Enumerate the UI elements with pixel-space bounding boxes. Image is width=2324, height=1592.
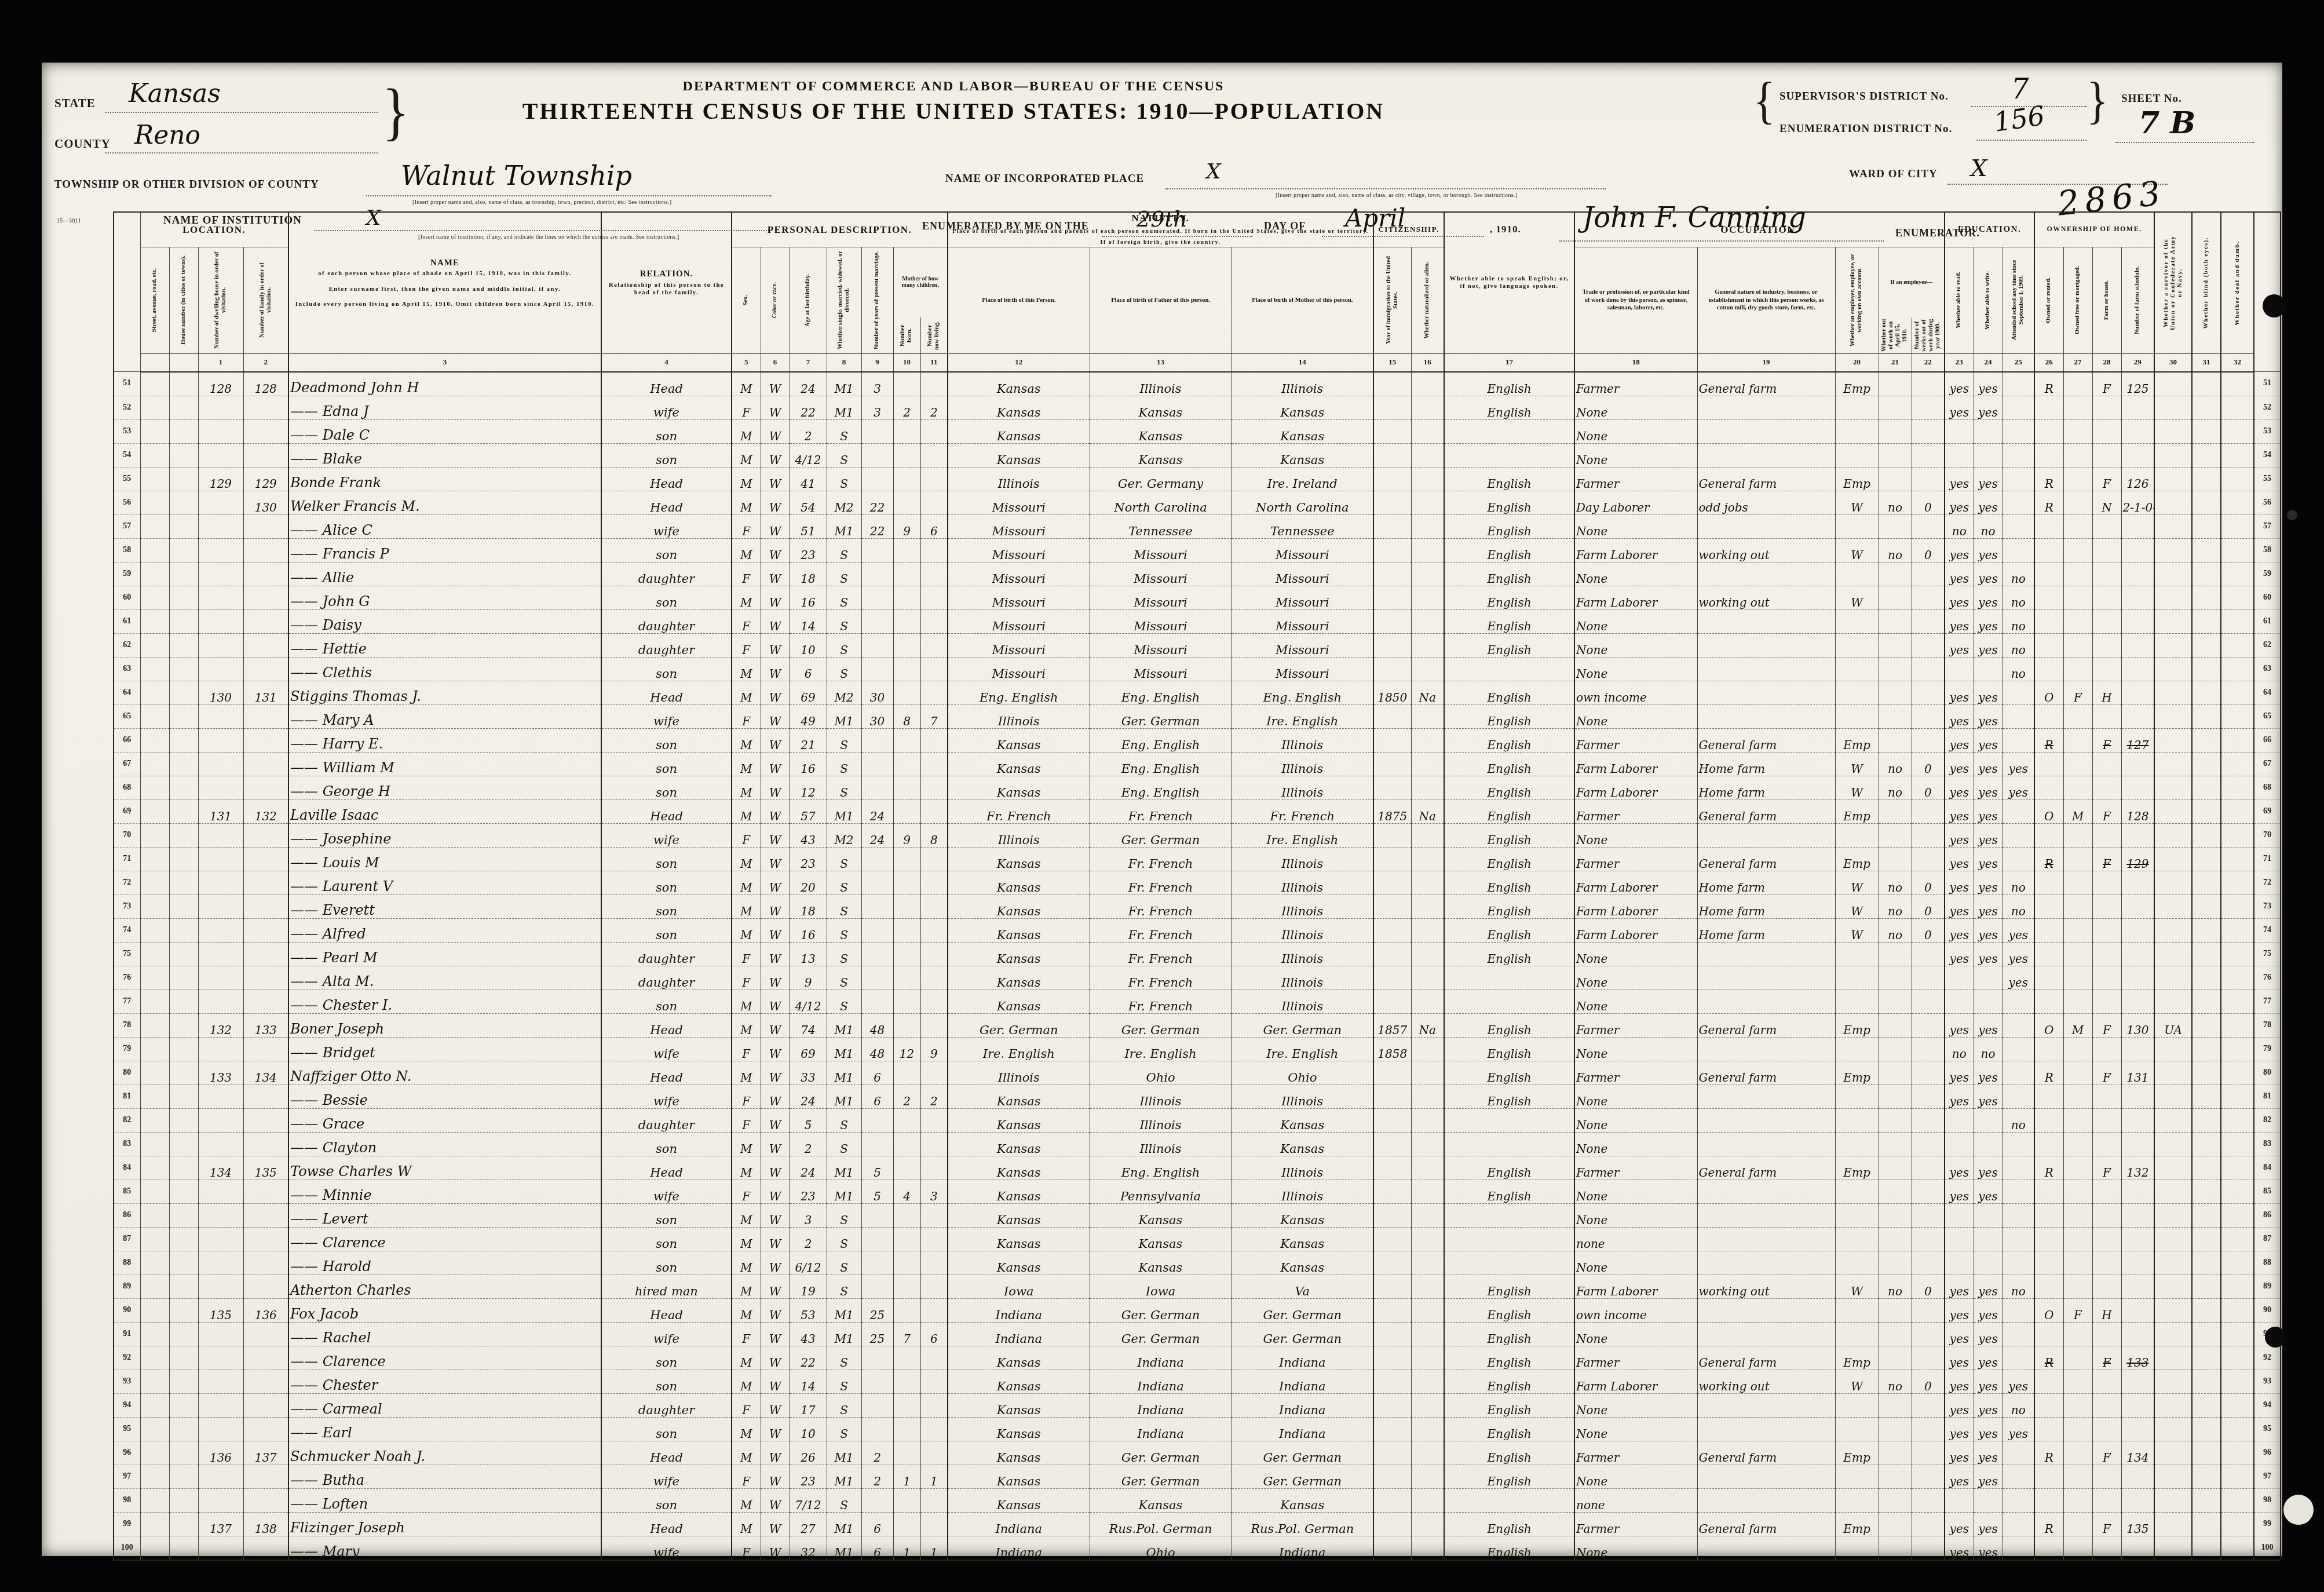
- cell-st: [140, 1441, 169, 1465]
- cell-sc: [2003, 372, 2034, 396]
- cell-p2: Ger. German: [1090, 1322, 1232, 1346]
- cell-ms: M1: [827, 799, 861, 823]
- cell-in: General farm: [1697, 1013, 1835, 1037]
- cell-d: [198, 776, 243, 799]
- cell-ag: 41: [790, 467, 827, 491]
- cell-p2: Fr. French: [1090, 847, 1232, 871]
- cell-nm: —— Allie: [288, 562, 601, 586]
- cell-st: [140, 419, 169, 443]
- cell-rl: Head: [601, 467, 732, 491]
- cell-im: [1373, 1298, 1411, 1322]
- cell-em: [1835, 1393, 1879, 1417]
- cell-ym: [861, 966, 893, 989]
- cell-dd: [2221, 419, 2254, 443]
- row-number-left: 66: [114, 728, 140, 752]
- cell-ym: [861, 1370, 893, 1393]
- cell-oc: Farmer: [1574, 1156, 1697, 1180]
- cell-wk: [1912, 514, 1945, 538]
- cell-sx: M: [732, 1346, 761, 1370]
- cell-cb: [893, 1512, 920, 1536]
- cell-rd: yes: [1945, 562, 1974, 586]
- cell-cb: 1: [893, 1465, 920, 1488]
- cell-st: [140, 966, 169, 989]
- cell-oc: Farmer: [1574, 372, 1697, 396]
- cell-om: [2063, 942, 2092, 966]
- cell-cr: W: [761, 1108, 790, 1132]
- cell-lg: [1444, 1227, 1574, 1251]
- cell-wk: [1912, 1203, 1945, 1227]
- cell-st: [140, 989, 169, 1013]
- cell-ow: [1879, 1037, 1912, 1061]
- row-number-right: 80: [2254, 1061, 2281, 1085]
- cell-lg: [1444, 419, 1574, 443]
- cell-p1: Kansas: [948, 1085, 1090, 1108]
- cell-rd: [1945, 1227, 1974, 1251]
- cell-ag: 74: [790, 1013, 827, 1037]
- cell-wr: yes: [1974, 918, 2003, 942]
- cell-in: Home farm: [1697, 752, 1835, 776]
- cell-bd: [2192, 1037, 2221, 1061]
- cell-vt: [2154, 942, 2192, 966]
- cell-lg: English: [1444, 704, 1574, 728]
- cell-ow: [1879, 681, 1912, 704]
- cell-p2: Indiana: [1090, 1370, 1232, 1393]
- cell-vt: [2154, 966, 2192, 989]
- cell-wk: [1912, 1013, 1945, 1037]
- cell-vt: [2154, 1465, 2192, 1488]
- cell-in: [1697, 1488, 1835, 1512]
- cell-p3: Eng. English: [1232, 681, 1373, 704]
- cell-st: [140, 1298, 169, 1322]
- cell-st: [140, 1203, 169, 1227]
- cell-oc: None: [1574, 989, 1697, 1013]
- cell-vt: [2154, 1203, 2192, 1227]
- cell-dd: [2221, 1085, 2254, 1108]
- cell-ms: S: [827, 1393, 861, 1417]
- cell-oh: R: [2034, 1061, 2063, 1085]
- cell-fh: [2092, 396, 2121, 419]
- cell-ow: [1879, 1417, 1912, 1441]
- cell-wr: [1974, 1108, 2003, 1132]
- cell-sc: [2003, 419, 2034, 443]
- cell-in: General farm: [1697, 1156, 1835, 1180]
- cell-f: [243, 1037, 288, 1061]
- cell-om: [2063, 586, 2092, 609]
- cell-ym: 22: [861, 514, 893, 538]
- cell-wr: no: [1974, 1037, 2003, 1061]
- cell-sx: F: [732, 1393, 761, 1417]
- cell-im: 1850: [1373, 681, 1411, 704]
- cell-vt: [2154, 1488, 2192, 1512]
- cell-fs: [2121, 1251, 2154, 1275]
- cell-em: Emp: [1835, 728, 1879, 752]
- row-number-right: 54: [2254, 443, 2281, 467]
- cell-em: [1835, 657, 1879, 681]
- cell-p2: Pennsylvania: [1090, 1180, 1232, 1203]
- cell-na: [1411, 586, 1444, 609]
- cell-cb: [893, 1132, 920, 1156]
- cell-rl: wife: [601, 1085, 732, 1108]
- cell-cl: [920, 847, 948, 871]
- cell-hn: [169, 1465, 198, 1488]
- cell-om: [2063, 823, 2092, 847]
- cell-dd: [2221, 989, 2254, 1013]
- cell-ag: 16: [790, 918, 827, 942]
- cell-wr: yes: [1974, 1393, 2003, 1417]
- cell-sx: M: [732, 894, 761, 918]
- cell-ow: [1879, 1203, 1912, 1227]
- cell-fh: H: [2092, 1298, 2121, 1322]
- cell-p1: Indiana: [948, 1298, 1090, 1322]
- cell-ow: [1879, 1013, 1912, 1037]
- cell-sc: no: [2003, 633, 2034, 657]
- cell-in: [1697, 1465, 1835, 1488]
- cell-oc: Farm Laborer: [1574, 918, 1697, 942]
- table-row: 61—— DaisydaughterFW14SMissouriMissouriM…: [114, 609, 2281, 633]
- cell-cr: W: [761, 1180, 790, 1203]
- cell-hn: [169, 1061, 198, 1085]
- cell-oh: [2034, 966, 2063, 989]
- cell-nm: —— Bridget: [288, 1037, 601, 1061]
- row-number-left: 52: [114, 396, 140, 419]
- cell-hn: [169, 467, 198, 491]
- cell-nm: —— Clayton: [288, 1132, 601, 1156]
- cell-em: Emp: [1835, 799, 1879, 823]
- cell-fs: [2121, 1370, 2154, 1393]
- cell-em: W: [1835, 752, 1879, 776]
- cell-cl: [920, 1156, 948, 1180]
- cell-oc: Farm Laborer: [1574, 871, 1697, 894]
- cell-rd: yes: [1945, 847, 1974, 871]
- cell-rl: daughter: [601, 1108, 732, 1132]
- cell-oc: Farm Laborer: [1574, 538, 1697, 562]
- cell-oh: R: [2034, 467, 2063, 491]
- cell-cl: [920, 1061, 948, 1085]
- cell-cl: [920, 419, 948, 443]
- cell-oh: R: [2034, 1512, 2063, 1536]
- cell-wk: [1912, 1085, 1945, 1108]
- cell-ym: 25: [861, 1322, 893, 1346]
- row-number-right: 71: [2254, 847, 2281, 871]
- cell-p3: Kansas: [1232, 443, 1373, 467]
- cell-dd: [2221, 918, 2254, 942]
- cell-oh: [2034, 894, 2063, 918]
- cell-em: [1835, 562, 1879, 586]
- cell-cb: [893, 1275, 920, 1298]
- cell-p3: Kansas: [1232, 419, 1373, 443]
- cell-rl: son: [601, 776, 732, 799]
- cell-om: [2063, 514, 2092, 538]
- cell-lg: [1444, 1108, 1574, 1132]
- cell-rl: son: [601, 728, 732, 752]
- cell-rd: yes: [1945, 1322, 1974, 1346]
- cell-dd: [2221, 1227, 2254, 1251]
- cell-cr: W: [761, 1037, 790, 1061]
- cell-ag: 23: [790, 847, 827, 871]
- cell-wk: [1912, 372, 1945, 396]
- cell-in: [1697, 657, 1835, 681]
- cell-hn: [169, 1441, 198, 1465]
- cell-cl: [920, 894, 948, 918]
- cell-bd: [2192, 752, 2221, 776]
- cell-wk: [1912, 419, 1945, 443]
- cell-cb: [893, 1013, 920, 1037]
- cell-ag: 3: [790, 1203, 827, 1227]
- cell-em: [1835, 396, 1879, 419]
- cell-om: [2063, 1512, 2092, 1536]
- row-number-left: 57: [114, 514, 140, 538]
- cell-p3: Illinois: [1232, 894, 1373, 918]
- scan-blob-3: [2287, 510, 2297, 520]
- cell-om: [2063, 1441, 2092, 1465]
- cell-lg: English: [1444, 1013, 1574, 1037]
- cell-fh: [2092, 586, 2121, 609]
- cell-ow: no: [1879, 1370, 1912, 1393]
- row-number-right: 95: [2254, 1417, 2281, 1441]
- row-number-right: 60: [2254, 586, 2281, 609]
- cell-p3: Indiana: [1232, 1393, 1373, 1417]
- cell-om: [2063, 894, 2092, 918]
- cell-hn: [169, 989, 198, 1013]
- cell-rl: son: [601, 1370, 732, 1393]
- cell-ow: [1879, 1465, 1912, 1488]
- cell-wr: yes: [1974, 1465, 2003, 1488]
- table-row: 84134135Towse Charles WHeadMW24M15Kansas…: [114, 1156, 2281, 1180]
- cell-em: Emp: [1835, 372, 1879, 396]
- cell-st: [140, 728, 169, 752]
- cell-vt: [2154, 1441, 2192, 1465]
- cell-om: [2063, 1275, 2092, 1298]
- cell-fh: [2092, 966, 2121, 989]
- table-row: 51128128Deadmond John HHeadMW24M13Kansas…: [114, 372, 2281, 396]
- cell-dd: [2221, 1465, 2254, 1488]
- cell-wr: yes: [1974, 1013, 2003, 1037]
- cell-ms: S: [827, 657, 861, 681]
- cell-im: [1373, 752, 1411, 776]
- cell-em: [1835, 1536, 1879, 1560]
- cell-cl: [920, 1013, 948, 1037]
- cell-ms: S: [827, 1370, 861, 1393]
- table-row: 72—— Laurent VsonMW20SKansasFr. FrenchIl…: [114, 871, 2281, 894]
- column-header-age: Age at last birthday.: [790, 247, 827, 353]
- cell-sc: [2003, 1156, 2034, 1180]
- row-number-left: 91: [114, 1322, 140, 1346]
- cell-nm: —— Harold: [288, 1251, 601, 1275]
- cell-p1: Illinois: [948, 1061, 1090, 1085]
- cell-ag: 14: [790, 1370, 827, 1393]
- cell-ms: M1: [827, 1465, 861, 1488]
- cell-p2: Eng. English: [1090, 752, 1232, 776]
- cell-rl: daughter: [601, 942, 732, 966]
- cell-oc: None: [1574, 1203, 1697, 1227]
- cell-im: [1373, 1227, 1411, 1251]
- cell-rl: wife: [601, 514, 732, 538]
- cell-na: [1411, 514, 1444, 538]
- cell-bd: [2192, 1465, 2221, 1488]
- cell-lg: [1444, 1203, 1574, 1227]
- cell-lg: English: [1444, 1322, 1574, 1346]
- cell-im: [1373, 1085, 1411, 1108]
- cell-ag: 18: [790, 894, 827, 918]
- cell-vt: [2154, 752, 2192, 776]
- cell-sx: F: [732, 1037, 761, 1061]
- cell-rl: daughter: [601, 633, 732, 657]
- cell-em: Emp: [1835, 1156, 1879, 1180]
- cell-fh: [2092, 704, 2121, 728]
- cell-fs: 130: [2121, 1013, 2154, 1037]
- cell-p1: Kansas: [948, 1180, 1090, 1203]
- cell-om: [2063, 989, 2092, 1013]
- cell-f: [243, 1203, 288, 1227]
- cell-wk: [1912, 1488, 1945, 1512]
- cell-ag: 5: [790, 1108, 827, 1132]
- cell-fh: [2092, 989, 2121, 1013]
- cell-sx: F: [732, 633, 761, 657]
- cell-wk: [1912, 704, 1945, 728]
- cell-d: [198, 871, 243, 894]
- cell-cl: [920, 1203, 948, 1227]
- table-row: 65—— Mary AwifeFW49M13087IllinoisGer. Ge…: [114, 704, 2281, 728]
- cell-cb: 4: [893, 1180, 920, 1203]
- cell-p2: Ohio: [1090, 1061, 1232, 1085]
- cell-ms: S: [827, 586, 861, 609]
- cell-bd: [2192, 681, 2221, 704]
- cell-na: [1411, 752, 1444, 776]
- cell-ms: S: [827, 1108, 861, 1132]
- table-row: 52—— Edna JwifeFW22M1322KansasKansasKans…: [114, 396, 2281, 419]
- cell-vt: [2154, 1417, 2192, 1441]
- cell-cl: [920, 372, 948, 396]
- census-sheet-scan: STATE Kansas COUNTY Reno } TOWNSHIP OR O…: [0, 0, 2324, 1592]
- cell-ym: 2: [861, 1465, 893, 1488]
- cell-st: [140, 491, 169, 514]
- cell-cl: [920, 776, 948, 799]
- row-number-right: 81: [2254, 1085, 2281, 1108]
- cell-cr: W: [761, 562, 790, 586]
- column-number: 12: [948, 353, 1090, 372]
- cell-im: [1373, 1061, 1411, 1085]
- cell-p3: North Carolina: [1232, 491, 1373, 514]
- cell-cb: [893, 799, 920, 823]
- group-nativity: NATIVITY. Place of birth of each person …: [948, 212, 1373, 247]
- cell-sx: F: [732, 1465, 761, 1488]
- row-number-left: 80: [114, 1061, 140, 1085]
- cell-lg: English: [1444, 586, 1574, 609]
- cell-p1: Kansas: [948, 776, 1090, 799]
- cell-ms: M1: [827, 372, 861, 396]
- cell-rd: yes: [1945, 1465, 1974, 1488]
- cell-wk: [1912, 1441, 1945, 1465]
- cell-oh: [2034, 443, 2063, 467]
- cell-oc: None: [1574, 1536, 1697, 1560]
- cell-f: [243, 1322, 288, 1346]
- cell-st: [140, 586, 169, 609]
- cell-bd: [2192, 467, 2221, 491]
- cell-d: [198, 1037, 243, 1061]
- cell-ym: [861, 1203, 893, 1227]
- cell-oc: None: [1574, 1393, 1697, 1417]
- cell-d: [198, 1370, 243, 1393]
- cell-fs: [2121, 1203, 2154, 1227]
- cell-oc: Farmer: [1574, 1013, 1697, 1037]
- cell-fh: [2092, 942, 2121, 966]
- cell-fs: 128: [2121, 799, 2154, 823]
- cell-bd: [2192, 1108, 2221, 1132]
- cell-wr: [1974, 657, 2003, 681]
- cell-cb: [893, 1227, 920, 1251]
- cell-cb: [893, 633, 920, 657]
- cell-ag: 32: [790, 1536, 827, 1560]
- cell-p1: Kansas: [948, 1465, 1090, 1488]
- cell-rd: [1945, 419, 1974, 443]
- cell-cb: 9: [893, 823, 920, 847]
- cell-na: [1411, 1227, 1444, 1251]
- cell-ym: [861, 1417, 893, 1441]
- row-number-right: 55: [2254, 467, 2281, 491]
- cell-ag: 54: [790, 491, 827, 514]
- cell-ym: [861, 847, 893, 871]
- row-number-right: 74: [2254, 918, 2281, 942]
- cell-d: [198, 1417, 243, 1441]
- cell-f: [243, 894, 288, 918]
- cell-im: [1373, 894, 1411, 918]
- cell-oh: [2034, 1370, 2063, 1393]
- column-number: 14: [1232, 353, 1373, 372]
- row-number-left: 65: [114, 704, 140, 728]
- cell-oh: O: [2034, 1298, 2063, 1322]
- cell-hn: [169, 1488, 198, 1512]
- cell-oc: None: [1574, 1180, 1697, 1203]
- cell-dd: [2221, 514, 2254, 538]
- row-number-right: 78: [2254, 1013, 2281, 1037]
- cell-rl: Head: [601, 1156, 732, 1180]
- cell-lg: English: [1444, 1512, 1574, 1536]
- cell-ym: [861, 989, 893, 1013]
- cell-d: [198, 562, 243, 586]
- cell-ms: M1: [827, 1037, 861, 1061]
- cell-sc: [2003, 681, 2034, 704]
- cell-ow: [1879, 396, 1912, 419]
- cell-om: [2063, 1346, 2092, 1370]
- cell-vt: [2154, 467, 2192, 491]
- cell-dd: [2221, 1346, 2254, 1370]
- scan-blob-2: [2265, 1327, 2286, 1348]
- cell-d: [198, 1346, 243, 1370]
- cell-rl: son: [601, 1417, 732, 1441]
- cell-fs: [2121, 966, 2154, 989]
- cell-im: [1373, 1203, 1411, 1227]
- cell-d: [198, 1393, 243, 1417]
- cell-nm: Schmucker Noah J.: [288, 1441, 601, 1465]
- cell-ym: [861, 1132, 893, 1156]
- cell-p2: Fr. French: [1090, 989, 1232, 1013]
- cell-cb: 1: [893, 1536, 920, 1560]
- cell-st: [140, 467, 169, 491]
- cell-vt: [2154, 419, 2192, 443]
- cell-cr: W: [761, 467, 790, 491]
- cell-vt: [2154, 1108, 2192, 1132]
- cell-p1: Kansas: [948, 1393, 1090, 1417]
- cell-cl: 8: [920, 823, 948, 847]
- cell-in: odd jobs: [1697, 491, 1835, 514]
- cell-na: [1411, 491, 1444, 514]
- table-row: 69131132Laville IsaacHeadMW57M124Fr. Fre…: [114, 799, 2281, 823]
- cell-st: [140, 823, 169, 847]
- row-number-right: 83: [2254, 1132, 2281, 1156]
- cell-p3: Ger. German: [1232, 1298, 1373, 1322]
- cell-dd: [2221, 1370, 2254, 1393]
- cell-bd: [2192, 1536, 2221, 1560]
